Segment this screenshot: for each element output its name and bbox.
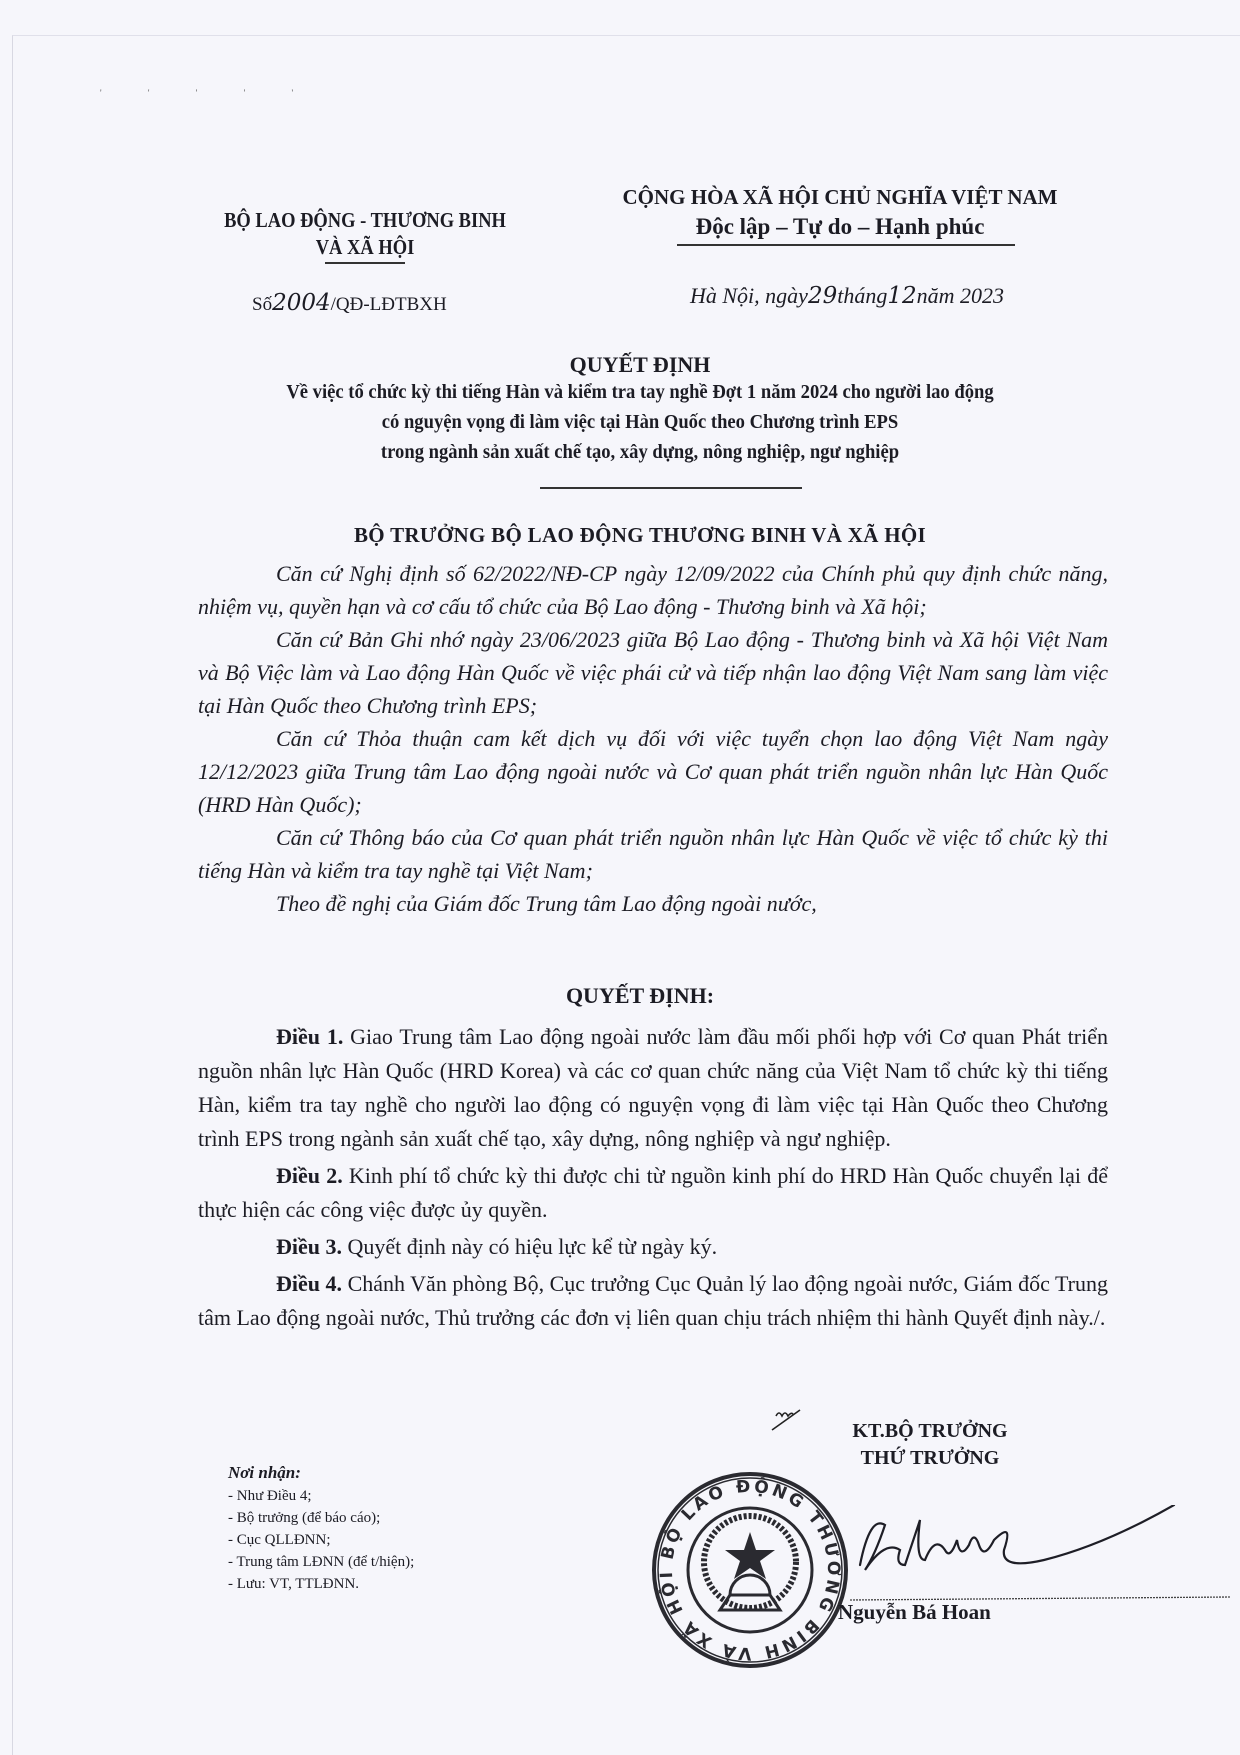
handwritten-number: 2004 — [272, 290, 331, 316]
basis-item: Căn cứ Thông báo của Cơ quan phát triển … — [198, 821, 1108, 887]
basis-item: Căn cứ Thỏa thuận cam kết dịch vụ đối vớ… — [198, 722, 1108, 821]
issuing-authority: BỘ TRƯỞNG BỘ LAO ĐỘNG THƯƠNG BINH VÀ XÃ … — [150, 523, 1130, 548]
document-title: QUYẾT ĐỊNH — [150, 352, 1130, 378]
agency-line-2: VÀ XÃ HỘI — [193, 234, 536, 261]
handwritten-day: 29 — [808, 283, 837, 309]
country-name: CỘNG HÒA XÃ HỘI CHỦ NGHĨA VIỆT NAM — [575, 183, 1105, 212]
recipient-item: - Trung tâm LĐNN (để t/hiện); — [228, 1551, 414, 1573]
article-4: Điều 4. Chánh Văn phòng Bộ, Cục trưởng C… — [198, 1267, 1108, 1335]
national-header: CỘNG HÒA XÃ HỘI CHỦ NGHĨA VIỆT NAM Độc l… — [575, 183, 1105, 241]
signer-name: Nguyễn Bá Hoan — [838, 1600, 991, 1625]
decision-heading: QUYẾT ĐỊNH: — [150, 983, 1130, 1009]
article-3: Điều 3. Quyết định này có hiệu lực kể từ… — [198, 1230, 1108, 1264]
article-2: Điều 2. Kinh phí tổ chức kỳ thi được chi… — [198, 1159, 1108, 1227]
motto-underline — [677, 244, 1015, 246]
scan-noise: ' ' ' ' ' — [100, 88, 315, 98]
recipient-item: - Như Điều 4; — [228, 1485, 414, 1507]
issuing-agency: BỘ LAO ĐỘNG - THƯƠNG BINH VÀ XÃ HỘI — [193, 207, 536, 261]
recipient-item: - Bộ trưởng (để báo cáo); — [228, 1507, 414, 1529]
recipients-list: Nơi nhận: - Như Điều 4; - Bộ trưởng (để … — [228, 1462, 414, 1595]
basis-item: Căn cứ Bản Ghi nhớ ngày 23/06/2023 giữa … — [198, 623, 1108, 722]
agency-line-1: BỘ LAO ĐỘNG - THƯƠNG BINH — [193, 207, 536, 234]
signer-title: KT.BỘ TRƯỞNG THỨ TRƯỞNG — [800, 1418, 1060, 1472]
agency-underline — [325, 262, 405, 264]
handwritten-signature-icon — [850, 1505, 1230, 1605]
recipient-item: - Cục QLLĐNN; — [228, 1529, 414, 1551]
national-motto: Độc lập – Tự do – Hạnh phúc — [575, 212, 1105, 241]
document-number: Số2004/QĐ-LĐTBXH — [252, 290, 447, 316]
official-seal-icon: BỘ LAO ĐỘNG THƯƠNG BINH VÀ XÃ HỘI ★ — [650, 1470, 850, 1670]
articles: Điều 1. Giao Trung tâm Lao động ngoài nư… — [198, 1020, 1108, 1338]
article-1: Điều 1. Giao Trung tâm Lao động ngoài nư… — [198, 1020, 1108, 1156]
recipient-item: - Lưu: VT, TTLĐNN. — [228, 1573, 414, 1595]
subject-underline — [540, 487, 802, 489]
basis-item: Theo đề nghị của Giám đốc Trung tâm Lao … — [198, 887, 1108, 920]
recipients-heading: Nơi nhận: — [228, 1462, 414, 1484]
document-subject: Về việc tổ chức kỳ thi tiếng Hàn và kiểm… — [184, 377, 1095, 467]
basis-item: Căn cứ Nghị định số 62/2022/NĐ-CP ngày 1… — [198, 557, 1108, 623]
legal-basis: Căn cứ Nghị định số 62/2022/NĐ-CP ngày 1… — [198, 557, 1108, 920]
handwritten-month: 12 — [887, 283, 916, 309]
issue-date: Hà Nội, ngày29tháng12năm 2023 — [690, 283, 1004, 309]
